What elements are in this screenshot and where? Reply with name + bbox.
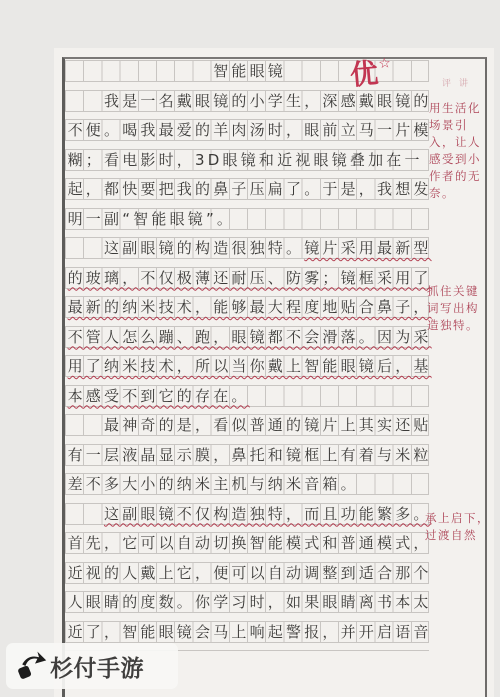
essay-text-segment: 明一副“智能眼镜”。 — [68, 210, 236, 228]
teacher-grade-mark: 优☆ — [348, 50, 393, 93]
essay-row: 这副眼镜不仅构造独特，而且功能繁多。 — [65, 503, 429, 525]
essay-row-text: 糊；看电影时，3D眼镜和近视眼镜叠加在一 — [66, 150, 423, 170]
essay-text-segment: 不便。喝我最爱的羊肉汤时，眼前立马一片模 — [68, 121, 432, 139]
essay-text-underlined: 用了纳米技术，所以当你戴上智能眼镜后，基 — [68, 357, 432, 375]
essay-row: 近了，智能眼镜会马上响起警报，并开启语音 — [65, 621, 429, 643]
essay-row: 明一副“智能眼镜”。 — [65, 208, 429, 230]
essay-row-text: 差不多大小的纳米主机与纳米音箱。 — [66, 474, 359, 494]
essay-row-text: 这副眼镜不仅构造独特，而且功能繁多。 — [66, 504, 432, 524]
essay-text-segment: 近了，智能眼镜会马上响起警报，并开启语音 — [68, 623, 432, 641]
essay-row-text: 首先，它可以自动切换智能模式和普通模式， — [66, 533, 432, 553]
essay-row: 糊；看电影时，3D眼镜和近视眼镜叠加在一 — [65, 149, 429, 171]
essay-text-underlined: 最新的纳米技术，能够最大程度地贴合鼻子， — [68, 298, 432, 316]
essay-row-text: 起，都快要把我的鼻子压扁了。于是，我想发 — [66, 179, 432, 199]
grid-frame: 智能眼镜我是一名戴眼镜的小学生，深感戴眼镜的不便。喝我最爱的羊肉汤时，眼前立马一… — [62, 57, 487, 697]
essay-row: 不管人怎么蹦、跑，眼镜都不会滑落。因为采 — [65, 326, 429, 348]
essay-row-text: 最神奇的是，看似普通的镜片上其实还贴 — [66, 415, 432, 435]
essay-row: 起，都快要把我的鼻子压扁了。于是，我想发 — [65, 178, 429, 200]
composition-paper: 智能眼镜我是一名戴眼镜的小学生，深感戴眼镜的不便。喝我最爱的羊肉汤时，眼前立马一… — [54, 48, 494, 697]
teacher-note-transition: 承上启下，过渡自然 — [425, 510, 493, 544]
margin-column-header: 评讲 — [442, 76, 476, 89]
essay-text-segment: 智能眼镜 — [213, 62, 286, 80]
essay-row: 差不多大小的纳米主机与纳米音箱。 — [65, 473, 429, 495]
watermark-logo-icon — [15, 650, 47, 682]
essay-text-underlined: 的玻璃，不仅极薄还耐压、防雾；镜框采用了 — [68, 269, 432, 287]
essay-row: 用了纳米技术，所以当你戴上智能眼镜后，基 — [65, 355, 429, 377]
essay-text-segment: 我是一名戴眼镜的小学生，深感戴眼镜的 — [104, 92, 432, 110]
essay-text-underlined: 本感受不到它的存在。 — [68, 387, 250, 405]
essay-row: 不便。喝我最爱的羊肉汤时，眼前立马一片模 — [65, 119, 429, 141]
essay-text-segment: 有一层液晶显示膜，鼻托和镜框上有着与米粒 — [68, 446, 432, 464]
essay-row-text: 近了，智能眼镜会马上响起警报，并开启语音 — [66, 622, 432, 642]
essay-row-text: 近视的人戴上它，便可以自动调整到适合那个 — [66, 563, 432, 583]
grade-text: 优 — [349, 56, 380, 91]
essay-row: 我是一名戴眼镜的小学生，深感戴眼镜的 — [65, 90, 429, 112]
essay-row-text: 本感受不到它的存在。 — [66, 386, 250, 406]
essay-text-segment: 起，都快要把我的鼻子压扁了。于是，我想发 — [68, 180, 432, 198]
essay-row: 最神奇的是，看似普通的镜片上其实还贴 — [65, 414, 429, 436]
essay-row: 近视的人戴上它，便可以自动调整到适合那个 — [65, 562, 429, 584]
essay-row: 的玻璃，不仅极薄还耐压、防雾；镜框采用了 — [65, 267, 429, 289]
essay-text-segment: 最神奇的是，看似普通的镜片上其实还贴 — [104, 416, 432, 434]
essay-text-segment: 人眼睛的度数。你学习时，如果眼睛离书本太 — [68, 593, 432, 611]
essay-row: 本感受不到它的存在。 — [65, 385, 429, 407]
essay-row: 这副眼镜的构造很独特。镜片采用最新型 — [65, 237, 429, 259]
essay-text-underlined: 不管人怎么蹦、跑，眼镜都不会滑落。因为采 — [68, 328, 432, 346]
essay-row-text: 我是一名戴眼镜的小学生，深感戴眼镜的 — [66, 91, 432, 111]
grade-star-icon: ☆ — [378, 55, 392, 72]
essay-row: 最新的纳米技术，能够最大程度地贴合鼻子， — [65, 296, 429, 318]
essay-row: 首先，它可以自动切换智能模式和普通模式， — [65, 532, 429, 554]
watermark-text: 杉付手游 — [50, 650, 144, 683]
essay-text-segment: 糊；看电影时，3D眼镜和近视眼镜叠加在一 — [68, 151, 423, 169]
essay-row: 人眼睛的度数。你学习时，如果眼睛离书本太 — [65, 591, 429, 613]
essay-row-text: 人眼睛的度数。你学习时，如果眼睛离书本太 — [66, 592, 432, 612]
essay-row-text: 明一副“智能眼镜”。 — [66, 209, 235, 229]
essay-text-underlined: 镜片采用最新型 — [304, 239, 431, 257]
essay-row: 有一层液晶显示膜，鼻托和镜框上有着与米粒 — [65, 444, 429, 466]
scanned-essay-page: 智能眼镜我是一名戴眼镜的小学生，深感戴眼镜的不便。喝我最爱的羊肉汤时，眼前立马一… — [0, 0, 500, 697]
watermark-badge: 杉付手游 — [6, 643, 178, 689]
teacher-note-intro: 用生活化场景引入，让人感受到小作者的无奈。 — [429, 100, 485, 202]
essay-text-segment: 近视的人戴上它，便可以自动调整到适合那个 — [68, 564, 432, 582]
essay-row-text: 有一层液晶显示膜，鼻托和镜框上有着与米粒 — [66, 445, 432, 465]
essay-row-text: 最新的纳米技术，能够最大程度地贴合鼻子， — [66, 297, 432, 317]
teacher-note-structure: 抓住关键词写出构造独特。 — [427, 283, 483, 334]
essay-text-segment: 差不多大小的纳米主机与纳米音箱。 — [68, 475, 359, 493]
essay-row-text: 不便。喝我最爱的羊肉汤时，眼前立马一片模 — [66, 120, 432, 140]
essay-text-underlined: 这副眼镜不仅构造独特，而且功能繁多。 — [104, 505, 432, 523]
essay-row-text: 用了纳米技术，所以当你戴上智能眼镜后，基 — [66, 356, 432, 376]
essay-row-text: 的玻璃，不仅极薄还耐压、防雾；镜框采用了 — [66, 268, 432, 288]
essay-text-segment: 首先，它可以自动切换智能模式和普通模式， — [68, 534, 432, 552]
essay-row-text: 这副眼镜的构造很独特。镜片采用最新型 — [66, 238, 432, 258]
essay-row-text: 智能眼镜 — [66, 61, 286, 81]
essay-text-segment: 这副眼镜的构造很独特。 — [104, 239, 304, 257]
essay-row-text: 不管人怎么蹦、跑，眼镜都不会滑落。因为采 — [66, 327, 432, 347]
